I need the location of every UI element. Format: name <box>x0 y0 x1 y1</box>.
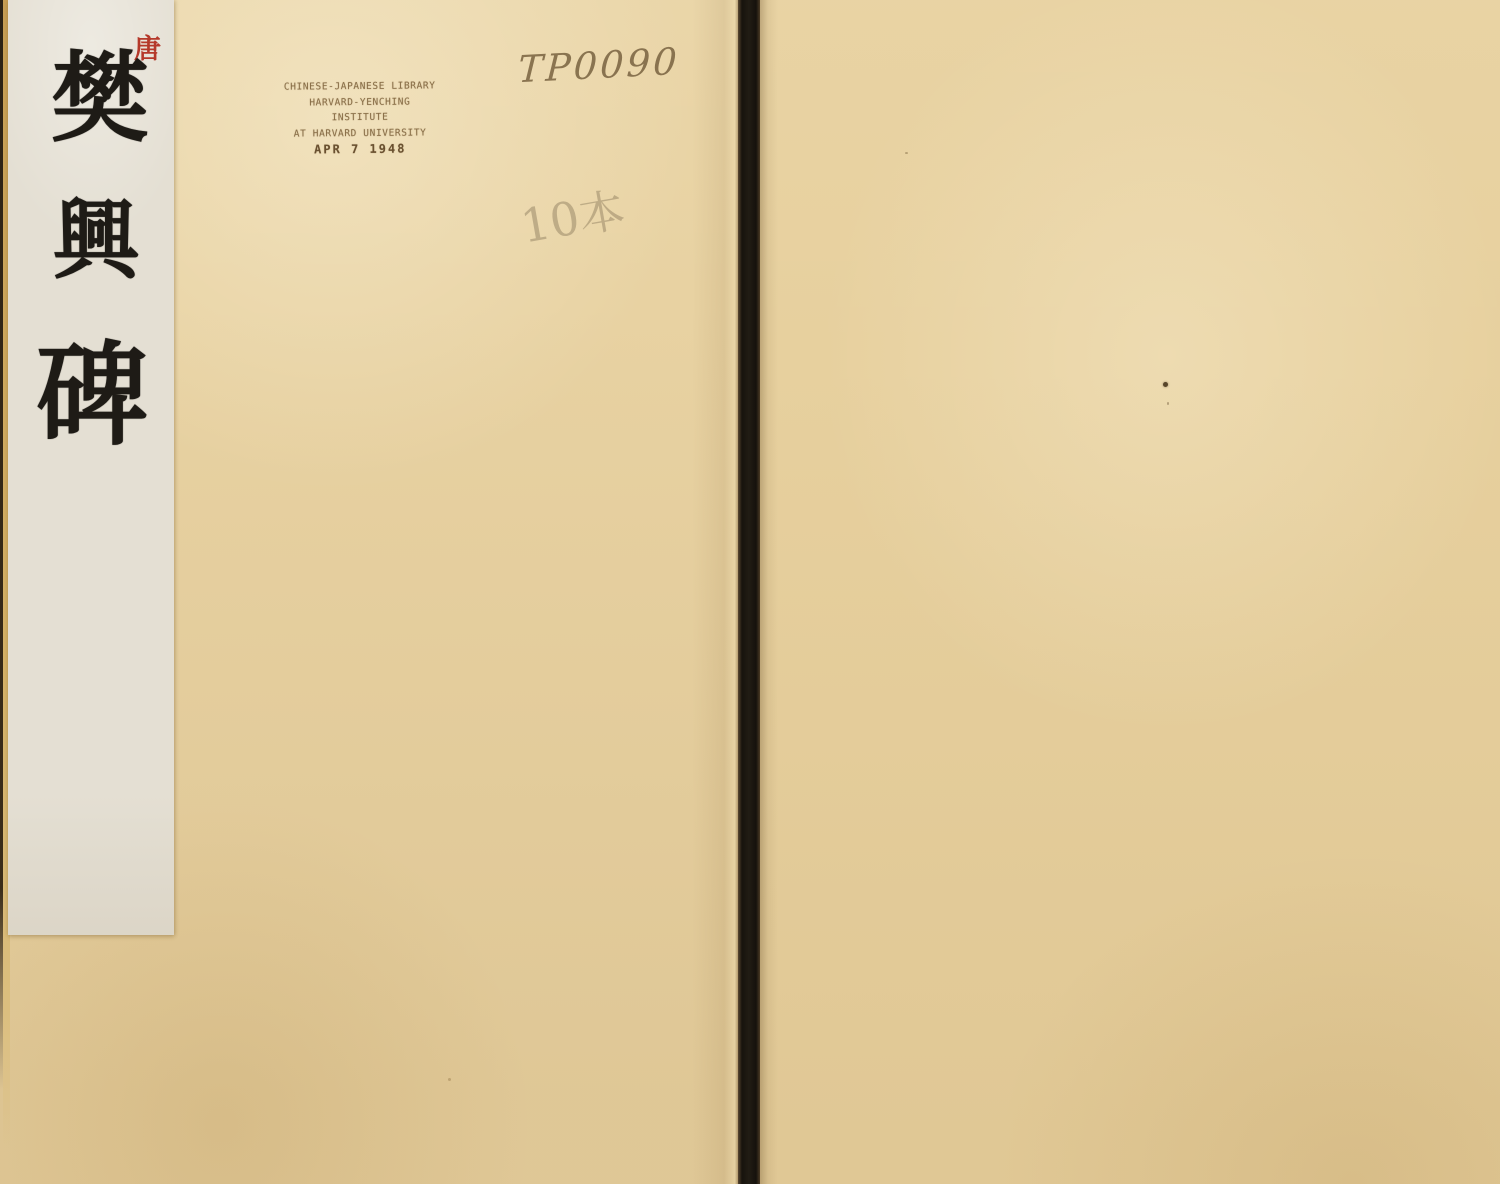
paper-speck <box>905 152 908 154</box>
pencil-note: 10本 <box>515 173 629 256</box>
paper-speck <box>1167 402 1169 405</box>
stamp-line-1: CHINESE-JAPANESE LIBRARY <box>282 78 438 95</box>
stamp-date-line: APR 7 1948 <box>282 141 438 158</box>
paper-speck <box>1163 382 1168 387</box>
book-cover-scan: 唐 樊 興 碑 CHINESE-JAPANESE LIBRARY HARVARD… <box>0 0 1500 1184</box>
title-character-1: 樊 <box>51 50 149 148</box>
right-cover-page <box>760 0 1500 1184</box>
book-spine <box>738 0 760 1184</box>
title-character-2: 興 <box>53 198 139 284</box>
paper-speck <box>448 1078 451 1081</box>
handwritten-call-number: TP0090 <box>517 40 681 92</box>
stamp-line-3: AT HARVARD UNIVERSITY <box>282 125 438 142</box>
title-character-3: 碑 <box>36 340 148 452</box>
library-stamp: CHINESE-JAPANESE LIBRARY HARVARD-YENCHIN… <box>282 78 439 158</box>
left-cover-page: 唐 樊 興 碑 CHINESE-JAPANESE LIBRARY HARVARD… <box>0 0 738 1184</box>
title-label: 唐 樊 興 碑 <box>8 0 174 935</box>
stamp-line-2: HARVARD-YENCHING INSTITUTE <box>282 94 438 126</box>
